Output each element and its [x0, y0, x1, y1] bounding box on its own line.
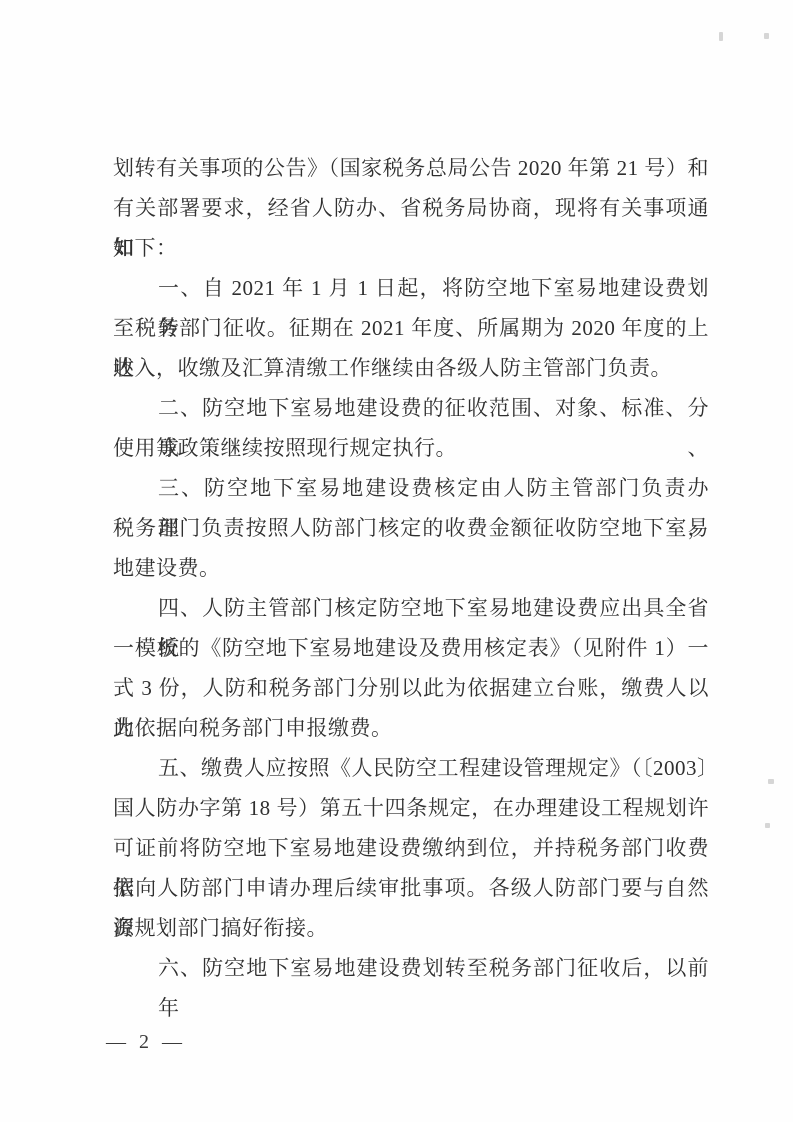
- scan-speck: [719, 32, 723, 41]
- text-line: 地建设费。: [113, 548, 709, 588]
- text-line: 式 3 份，人防和税务部门分别以此为依据建立台账，缴费人以此: [113, 668, 709, 708]
- text-line: 一模板的《防空地下室易地建设及费用核定表》（见附件 1）一: [113, 628, 709, 668]
- text-line: 至税务部门征收。征期在 2021 年度、所属期为 2020 年度的上述: [113, 308, 709, 348]
- text-line: 有关部署要求，经省人防办、省税务局协商，现将有关事项通知: [113, 188, 709, 228]
- scan-speck: [768, 779, 774, 784]
- text-line: 国人防办字第 18 号）第五十四条规定，在办理建设工程规划许: [113, 788, 709, 828]
- text-line: 划转有关事项的公告》（国家税务总局公告 2020 年第 21 号）和: [113, 148, 709, 188]
- text-line: 如下：: [113, 228, 709, 268]
- document-body: 划转有关事项的公告》（国家税务总局公告 2020 年第 21 号）和 有关部署要…: [113, 148, 709, 988]
- scan-speck: [765, 823, 770, 828]
- text-line: 源规划部门搞好衔接。: [113, 908, 709, 948]
- paragraph-item-1: 一、自 2021 年 1 月 1 日起，将防空地下室易地建设费划转 至税务部门征…: [113, 268, 709, 388]
- text-line: 六、防空地下室易地建设费划转至税务部门征收后，以前年: [113, 948, 709, 988]
- paragraph-item-3: 三、防空地下室易地建设费核定由人防主管部门负责办理， 税务部门负责按照人防部门核…: [113, 468, 709, 588]
- paragraph-item-2: 二、防空地下室易地建设费的征收范围、对象、标准、分成、 使用等政策继续按照现行规…: [113, 388, 709, 468]
- paragraph-item-6: 六、防空地下室易地建设费划转至税务部门征收后，以前年: [113, 948, 709, 988]
- text-line: 据向人防部门申请办理后续审批事项。各级人防部门要与自然资: [113, 868, 709, 908]
- text-line: 为依据向税务部门申报缴费。: [113, 708, 709, 748]
- paragraph-item-5: 五、缴费人应按照《人民防空工程建设管理规定》（〔2003〕 国人防办字第 18 …: [113, 748, 709, 948]
- text-line: 三、防空地下室易地建设费核定由人防主管部门负责办理，: [113, 468, 709, 508]
- scan-speck: [764, 33, 769, 39]
- text-line: 五、缴费人应按照《人民防空工程建设管理规定》（〔2003〕: [113, 748, 709, 788]
- text-line: 可证前将防空地下室易地建设费缴纳到位，并持税务部门收费依: [113, 828, 709, 868]
- text-line: 收入，收缴及汇算清缴工作继续由各级人防主管部门负责。: [113, 348, 709, 388]
- paragraph-item-4: 四、人防主管部门核定防空地下室易地建设费应出具全省统 一模板的《防空地下室易地建…: [113, 588, 709, 748]
- text-line: 税务部门负责按照人防部门核定的收费金额征收防空地下室易: [113, 508, 709, 548]
- document-page: 划转有关事项的公告》（国家税务总局公告 2020 年第 21 号）和 有关部署要…: [0, 0, 793, 1122]
- text-line: 四、人防主管部门核定防空地下室易地建设费应出具全省统: [113, 588, 709, 628]
- text-line: 二、防空地下室易地建设费的征收范围、对象、标准、分成、: [113, 388, 709, 428]
- page-number: — 2 —: [106, 1030, 186, 1054]
- text-line: 一、自 2021 年 1 月 1 日起，将防空地下室易地建设费划转: [113, 268, 709, 308]
- paragraph-continuation: 划转有关事项的公告》（国家税务总局公告 2020 年第 21 号）和 有关部署要…: [113, 148, 709, 268]
